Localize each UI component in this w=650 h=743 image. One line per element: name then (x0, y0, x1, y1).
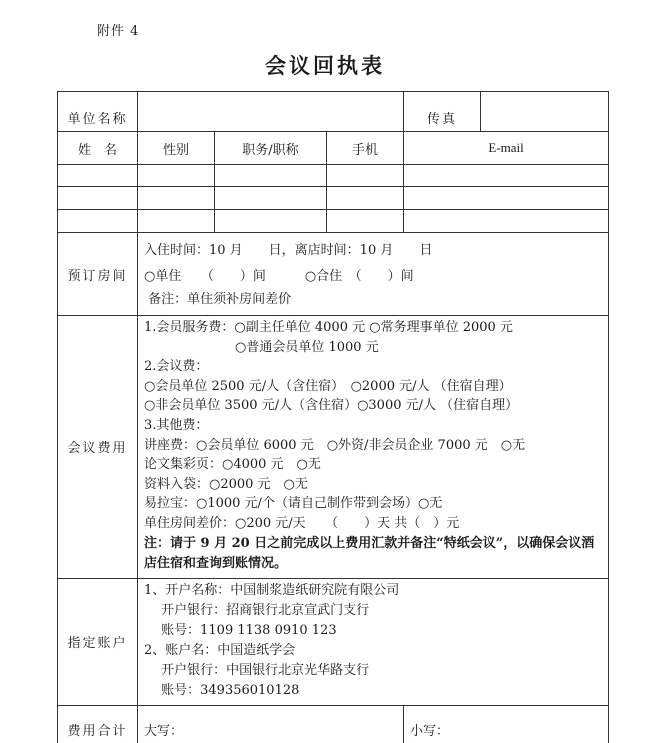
attendee-email-field[interactable] (404, 187, 609, 210)
conference-fee-nonmember-options[interactable]: ○非会员单位 3500 元/人（含住宿）○3000 元/人 （住宿自理） (144, 396, 602, 416)
attachment-label: 附件 4 (97, 20, 139, 39)
account-2-name: 2、账户名：中国造纸学会 (144, 641, 602, 661)
page-title: 会议回执表 (0, 50, 650, 80)
total-lowercase-label: 小写： (410, 724, 449, 739)
attendee-row (58, 165, 609, 187)
total-uppercase-field[interactable]: 大写： (138, 705, 404, 743)
receipt-form-table: 单位名称 传真 姓 名 性别 职务/职称 手机 E-mail 预订房间 (57, 91, 609, 743)
member-service-fee-options[interactable]: 1.会员服务费：○副主任单位 4000 元 ○常务理事单位 2000 元 (144, 318, 602, 338)
attendee-row (58, 187, 609, 210)
fax-field[interactable] (481, 92, 609, 132)
total-label: 费用合计 (58, 705, 138, 743)
attendee-mobile-field[interactable] (327, 187, 404, 210)
attendee-name-field[interactable] (58, 210, 138, 233)
account-1-bank: 开户银行：招商银行北京宣武门支行 (144, 601, 602, 621)
column-header-mobile: 手机 (327, 132, 404, 165)
room-booking-label: 预订房间 (58, 233, 138, 316)
column-header-gender: 性别 (138, 132, 215, 165)
attendee-name-field[interactable] (58, 165, 138, 187)
insert-material-options[interactable]: 资料入袋：○2000 元 ○无 (144, 475, 602, 495)
other-fee-heading: 3.其他费： (144, 416, 602, 436)
account-2-number: 账号：349356010128 (144, 681, 602, 701)
column-header-email: E-mail (404, 132, 609, 165)
attendee-title-field[interactable] (215, 187, 327, 210)
attendee-gender-field[interactable] (138, 187, 215, 210)
attendee-gender-field[interactable] (138, 210, 215, 233)
single-room-surcharge-options[interactable]: 单住房间差价：○200 元/天 （ ）天 共（ ）元 (144, 514, 602, 534)
accounts-content: 1、开户名称：中国制浆造纸研究院有限公司 开户银行：招商银行北京宣武门支行 账号… (138, 578, 609, 705)
member-service-fee-options-cont[interactable]: ○普通会员单位 1000 元 (144, 338, 602, 358)
attendee-email-field[interactable] (404, 210, 609, 233)
fees-label: 会议费用 (58, 316, 138, 579)
fees-row: 会议费用 1.会员服务费：○副主任单位 4000 元 ○常务理事单位 2000 … (58, 316, 609, 579)
account-1-number: 账号：1109 1138 0910 123 (144, 621, 602, 641)
lecture-fee-options[interactable]: 讲座费：○会员单位 6000 元 ○外资/非会员企业 7000 元 ○无 (144, 436, 602, 456)
unit-row: 单位名称 传真 (58, 92, 609, 132)
account-2-bank: 开户银行：中国银行北京光华路支行 (144, 661, 602, 681)
proceedings-color-page-options[interactable]: 论文集彩页：○4000 元 ○无 (144, 455, 602, 475)
attendee-title-field[interactable] (215, 165, 327, 187)
total-row: 费用合计 大写： 小写： (58, 705, 609, 743)
conference-fee-heading: 2.会议费： (144, 357, 602, 377)
attendee-name-field[interactable] (58, 187, 138, 210)
accounts-row: 指定账户 1、开户名称：中国制浆造纸研究院有限公司 开户银行：招商银行北京宣武门… (58, 578, 609, 705)
attendee-email-field[interactable] (404, 165, 609, 187)
total-uppercase-label: 大写： (144, 724, 183, 739)
attendee-gender-field[interactable] (138, 165, 215, 187)
attendee-mobile-field[interactable] (327, 210, 404, 233)
account-1-name: 1、开户名称：中国制浆造纸研究院有限公司 (144, 581, 602, 601)
room-booking-content: 入住时间：10 月 日，离店时间：10 月 日 ○单住 （ ）间 ○合住 （ ）… (138, 233, 609, 316)
column-header-name-text: 姓 名 (78, 143, 117, 158)
room-booking-row: 预订房间 入住时间：10 月 日，离店时间：10 月 日 ○单住 （ ）间 ○合… (58, 233, 609, 316)
conference-fee-member-options[interactable]: ○会员单位 2500 元/人（含住宿） ○2000 元/人 （住宿自理） (144, 377, 602, 397)
unit-name-label: 单位名称 (58, 92, 138, 132)
attendee-title-field[interactable] (215, 210, 327, 233)
attendee-header-row: 姓 名 性别 职务/职称 手机 E-mail (58, 132, 609, 165)
payment-note: 注：请于 9 月 20 日之前完成以上费用汇款并备注“特纸会议”，以确保会议酒店… (144, 534, 602, 574)
column-header-title: 职务/职称 (215, 132, 327, 165)
check-in-out-line[interactable]: 入住时间：10 月 日，离店时间：10 月 日 (144, 238, 602, 264)
room-type-options[interactable]: ○单住 （ ）间 ○合住 （ ）间 (144, 264, 602, 290)
room-note: 备注：单住须补房间差价 (144, 290, 602, 310)
unit-name-field[interactable] (138, 92, 404, 132)
fax-label: 传真 (404, 92, 481, 132)
attendee-mobile-field[interactable] (327, 165, 404, 187)
accounts-label: 指定账户 (58, 578, 138, 705)
total-lowercase-field[interactable]: 小写： (404, 705, 609, 743)
attendee-row (58, 210, 609, 233)
column-header-name: 姓 名 (58, 132, 138, 165)
rollup-banner-options[interactable]: 易拉宝：○1000 元/个（请自己制作带到会场）○无 (144, 494, 602, 514)
fees-content: 1.会员服务费：○副主任单位 4000 元 ○常务理事单位 2000 元 ○普通… (138, 316, 609, 579)
